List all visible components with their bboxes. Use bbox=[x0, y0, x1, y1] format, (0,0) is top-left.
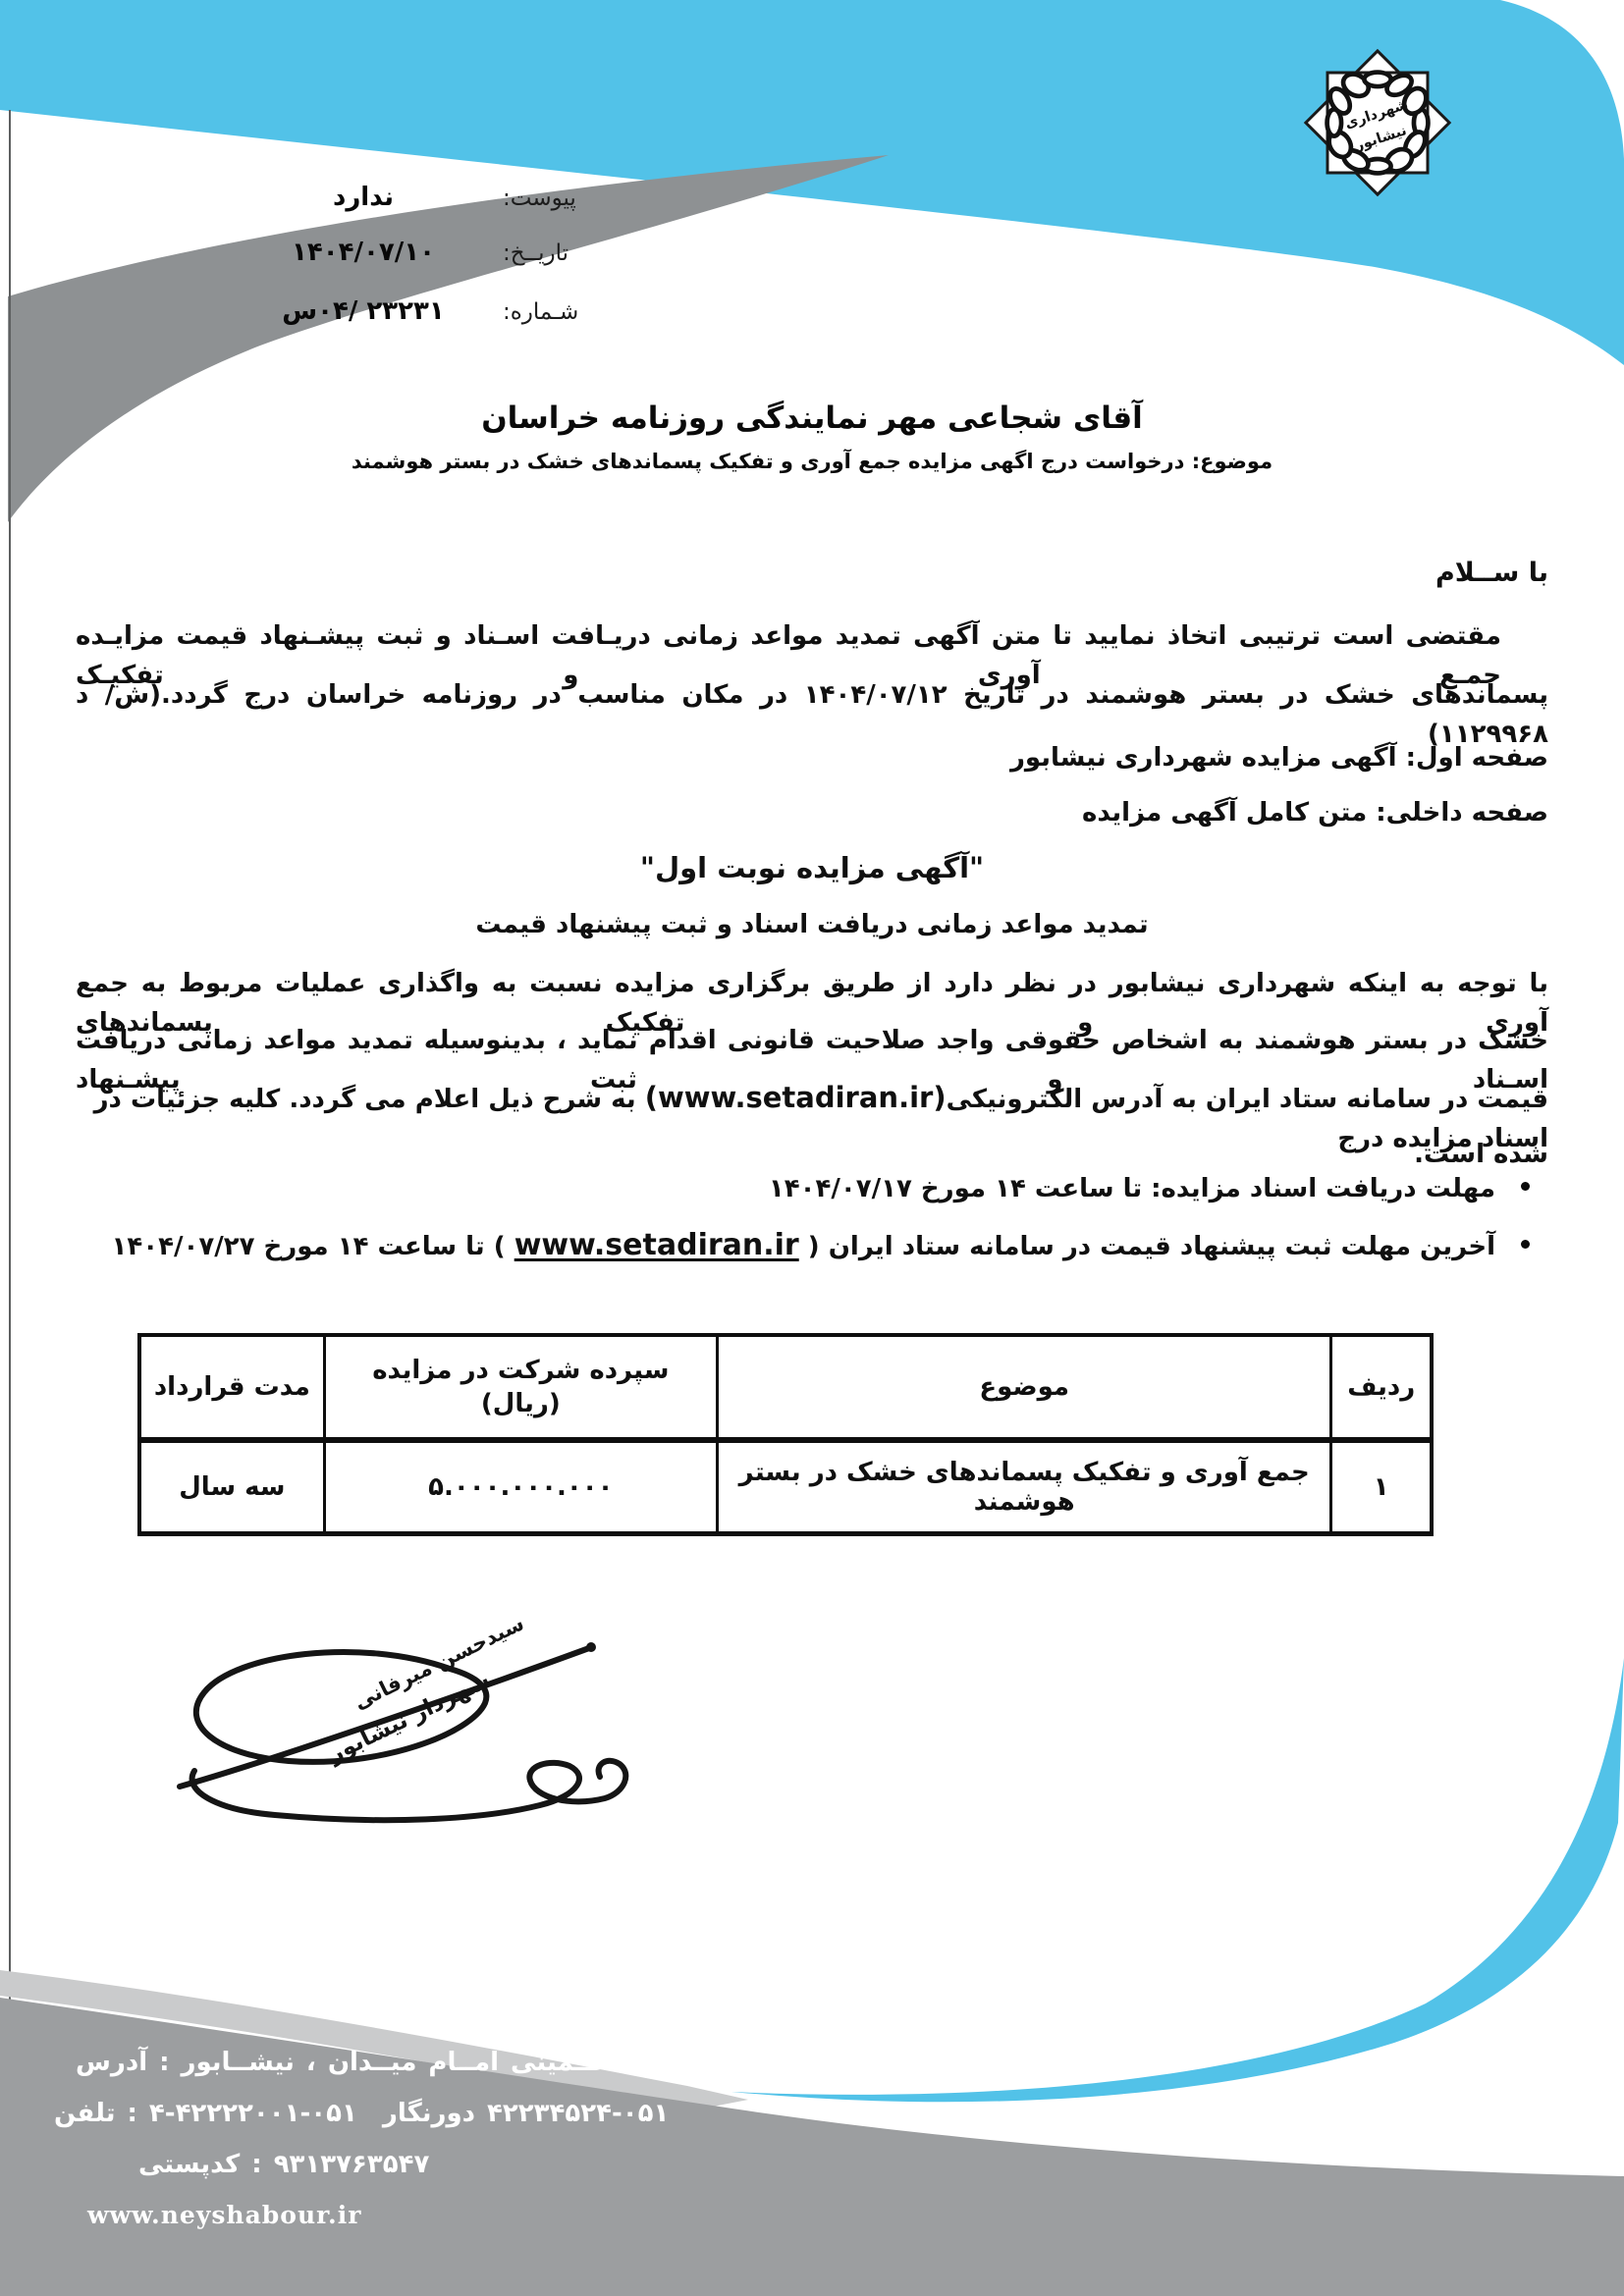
notice-subtitle: تمدید مواعد زمانی دریافت اسناد و ثبت پیش… bbox=[76, 905, 1548, 944]
letter-page: شهرداری نیشابور پیوست: ندارد تاریــخ: ۱۴… bbox=[0, 0, 1624, 2296]
attachment-value: ندارد bbox=[224, 183, 503, 212]
footer-comma: ، bbox=[306, 2048, 316, 2077]
letter-meta-block: پیوست: ندارد تاریــخ: ۱۴۰۴/۰۷/۱۰ شـماره:… bbox=[224, 183, 605, 347]
deadline-bullets: مهلت دریافت اسناد مزایده: تا ساعت ۱۴ مور… bbox=[86, 1170, 1530, 1285]
footer-postal-code: ۹۳۱۳۷۶۳۵۴۷ bbox=[274, 2150, 430, 2179]
cell-subject: جمع آوری و تفکیک پسماندهای خشک در بستر ه… bbox=[717, 1440, 1330, 1534]
date-value: ۱۴۰۴/۰۷/۱۰ bbox=[224, 238, 503, 267]
table-row: ۱ جمع آوری و تفکیک پسماندهای خشک در بستر… bbox=[139, 1440, 1432, 1534]
page-first-line: صفحه اول: آگهی مزایده شهرداری نیشابور bbox=[76, 738, 1548, 777]
attachment-label: پیوست: bbox=[503, 186, 605, 211]
bullet2-text: آخرین مهلت ثبت پیشنهاد قیمت در سامانه ست… bbox=[112, 1227, 1495, 1265]
table-header-row: ردیف موضوع سپرده شرکت در مزایده (ریال) م… bbox=[139, 1335, 1432, 1440]
bullet2-post: تا ساعت ۱۴ مورخ ۱۴۰۴/۰۷/۲۷ bbox=[112, 1232, 494, 1261]
bullet-dot-icon bbox=[1521, 1240, 1530, 1249]
paragraph2-line4: شده است. bbox=[76, 1135, 1548, 1174]
col-header-duration: مدت قرارداد bbox=[139, 1335, 324, 1440]
footer-phone-label: تلفن bbox=[54, 2099, 116, 2128]
setadiran-url-bullet: www.setadiran.ir bbox=[514, 1228, 799, 1262]
footer-website-url: www.neyshabour.ir bbox=[87, 2201, 361, 2229]
meta-row-attachment: پیوست: ندارد bbox=[224, 183, 605, 212]
footer-fax-number: ۴۲۲۳۴۵۲۴-۰۵۱ bbox=[487, 2099, 669, 2128]
addressee-line: آقای شجاعی مهر نمایندگی روزنامه خراسان bbox=[76, 400, 1548, 436]
footer-contact-block: آدرس : نیشــابور ، میــدان امــام خــمین… bbox=[54, 2048, 682, 2251]
cell-deposit: ۵.۰۰۰.۰۰۰.۰۰۰ bbox=[324, 1440, 717, 1534]
setadiran-url-inline: (www.setadiran.ir) bbox=[645, 1081, 947, 1114]
salutation: با ســلام bbox=[1435, 558, 1548, 588]
bullet-bid-deadline: آخرین مهلت ثبت پیشنهاد قیمت در سامانه ست… bbox=[86, 1227, 1530, 1265]
bullet-dot-icon bbox=[1521, 1182, 1530, 1191]
footer-phone-number: ۴-۴۲۲۲۲۰۰۱-۰۵۱ bbox=[149, 2099, 357, 2128]
number-value: ۲۳۲۳۱ /۰۴س bbox=[224, 296, 503, 326]
footer-postal-label: کدپستی bbox=[138, 2150, 240, 2179]
date-label: تاریــخ: bbox=[503, 240, 605, 266]
footer-address-line: آدرس : نیشــابور ، میــدان امــام خــمین… bbox=[76, 2048, 682, 2077]
meta-row-date: تاریــخ: ۱۴۰۴/۰۷/۱۰ bbox=[224, 238, 605, 267]
meta-row-number: شـماره: ۲۳۲۳۱ /۰۴س bbox=[224, 296, 605, 326]
footer-square-word: میــدان bbox=[328, 2048, 417, 2077]
number-label: شـماره: bbox=[503, 299, 605, 325]
auction-table: ردیف موضوع سپرده شرکت در مزایده (ریال) م… bbox=[137, 1333, 1434, 1536]
bullet-document-deadline: مهلت دریافت اسناد مزایده: تا ساعت ۱۴ مور… bbox=[86, 1170, 1530, 1207]
footer-colon: : bbox=[251, 2150, 261, 2179]
subject-line: موضوع: درخواست درج اگهی مزایده جمع آوری … bbox=[76, 450, 1548, 473]
footer-khomeini-word: خــمینی bbox=[511, 2048, 610, 2077]
footer-imam-word: امــام bbox=[428, 2048, 499, 2077]
notice-title: "آگهی مزایده نوبت اول" bbox=[76, 848, 1548, 887]
bullet2-paren-open: ( bbox=[494, 1232, 514, 1261]
bullet1-text: مهلت دریافت اسناد مزایده: تا ساعت ۱۴ مور… bbox=[769, 1170, 1495, 1207]
footer-fax-label: دورنگار bbox=[383, 2099, 475, 2128]
footer-colon: : bbox=[128, 2099, 137, 2128]
footer-phone-line: تلفن : ۴-۴۲۲۲۲۰۰۱-۰۵۱ دورنگار ۴۲۲۳۴۵۲۴-۰… bbox=[54, 2099, 682, 2128]
footer-city: نیشــابور bbox=[182, 2048, 295, 2077]
footer-colon: : bbox=[159, 2048, 169, 2077]
bullet2-pre: آخرین مهلت ثبت پیشنهاد قیمت در سامانه ست… bbox=[820, 1232, 1495, 1261]
bullet2-paren-close: ) bbox=[799, 1232, 820, 1261]
col-header-deposit: سپرده شرکت در مزایده (ریال) bbox=[324, 1335, 717, 1440]
neyshabur-municipality-seal: شهرداری نیشابور bbox=[1294, 39, 1461, 206]
paragraph2-line3-pre: قیمت در سامانه ستاد ایران به آدرس الکترو… bbox=[947, 1085, 1548, 1114]
cell-duration: سه سال bbox=[139, 1440, 324, 1534]
col-header-subject: موضوع bbox=[717, 1335, 1330, 1440]
cell-row-number: ۱ bbox=[1331, 1440, 1432, 1534]
footer-website-line: www.neyshabour.ir bbox=[87, 2201, 682, 2229]
footer-address-word: آدرس bbox=[76, 2048, 147, 2077]
col-header-row-number: ردیف bbox=[1331, 1335, 1432, 1440]
page-inner-line: صفحه داخلی: متن کامل آگهی مزایده bbox=[76, 793, 1548, 832]
footer-postal-line: کدپستی : ۹۳۱۳۷۶۳۵۴۷ bbox=[138, 2150, 682, 2179]
